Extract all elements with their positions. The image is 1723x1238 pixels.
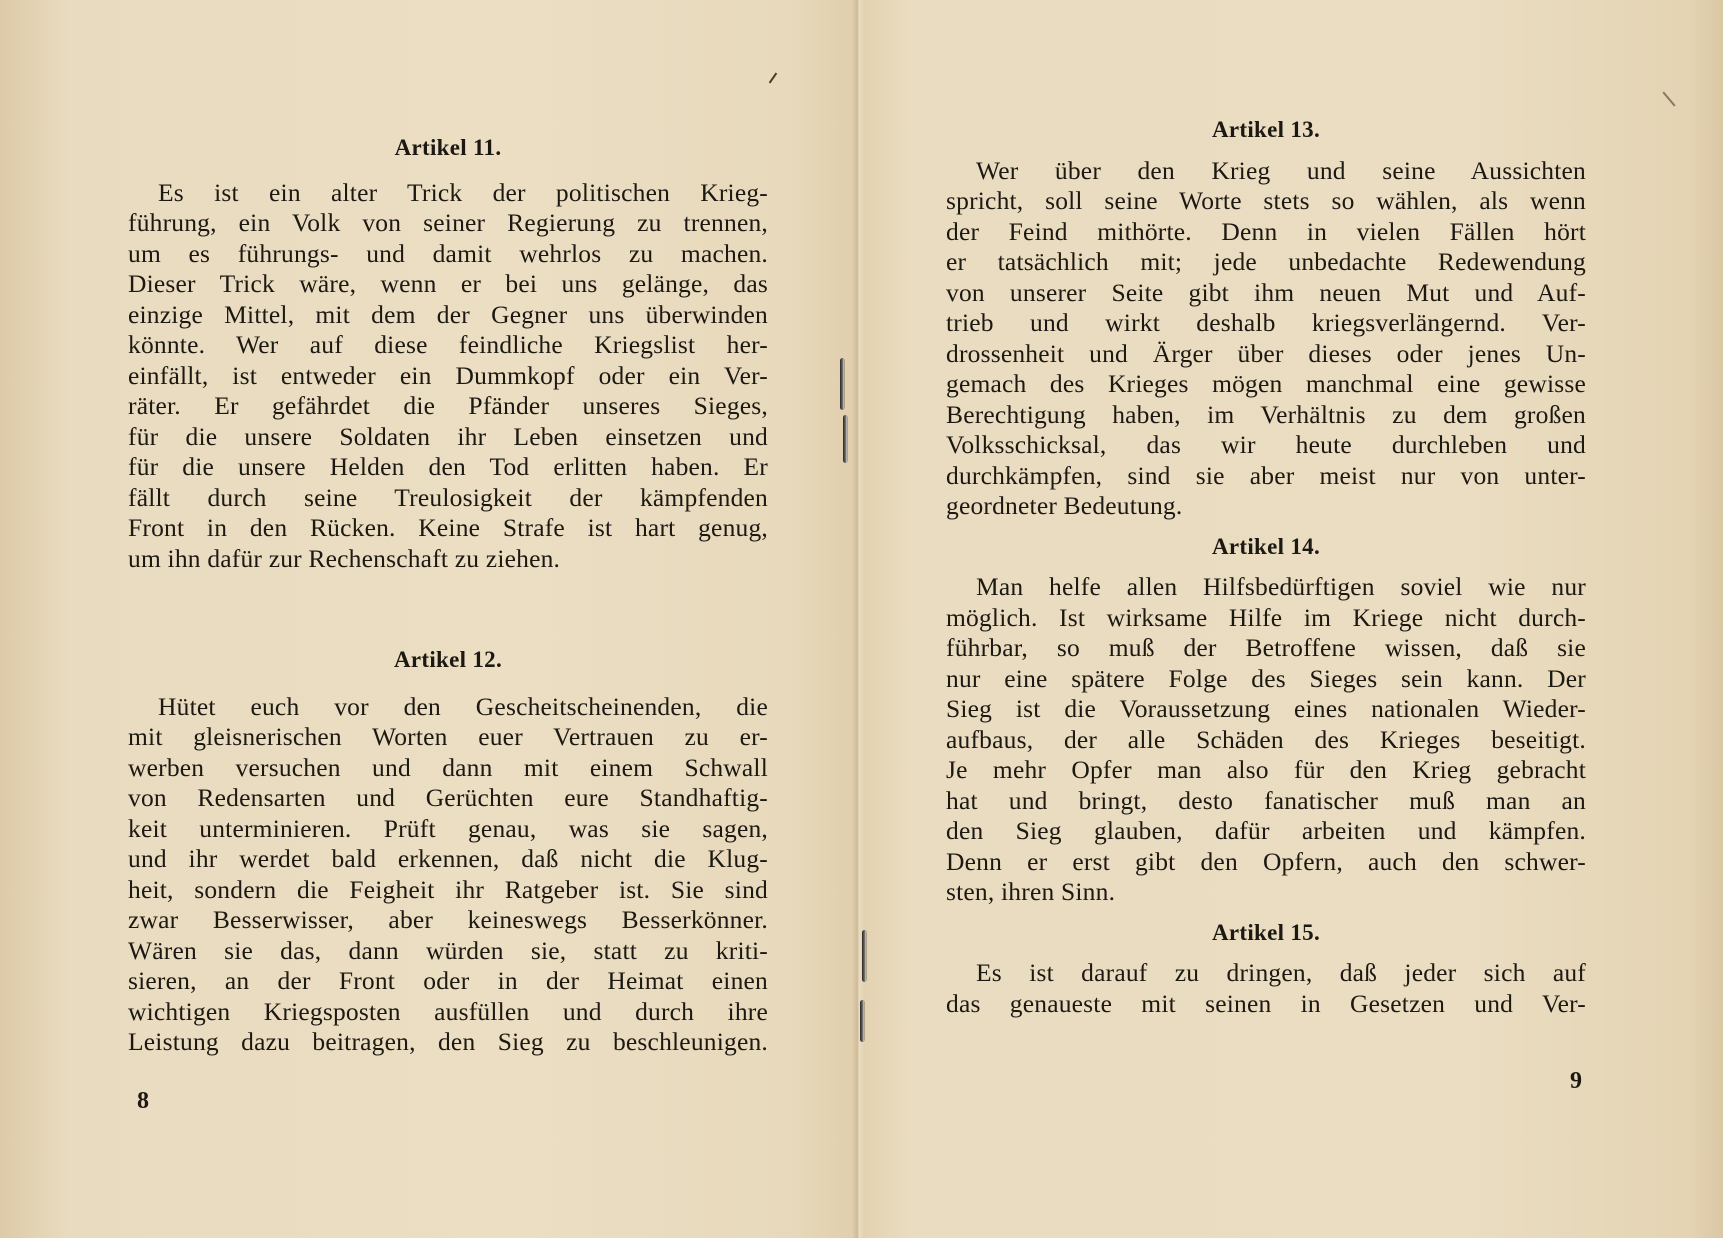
text-line: trieb und wirkt deshalb kriegsverlängern… [946,308,1586,339]
text-line: heit, sondern die Feigheit ihr Ratgeber … [128,875,768,906]
text-line: gemach des Krieges mögen manchmal eine g… [946,369,1586,400]
left-page: Artikel 11. Es ist ein alter Trick der p… [0,0,858,1238]
article-heading: Artikel 12. [128,645,768,676]
text-line: er tatsächlich mit; jede unbedachte Rede… [946,247,1586,278]
text-line: der Feind mithörte. Denn in vielen Fälle… [946,217,1586,248]
text-line: Je mehr Opfer man also für den Krieg geb… [946,755,1586,786]
text-line: und ihr werdet bald erkennen, daß nicht … [128,844,768,875]
paper-mark [769,73,778,84]
staple-top-upper [840,358,845,410]
text-line: sten, ihren Sinn. [946,877,1586,908]
text-line: führung, ein Volk von seiner Regierung z… [128,208,768,239]
page-number: 8 [137,1088,149,1115]
text-line: geordneter Bedeutung. [946,491,1586,522]
article-12: Artikel 12. Hütet euch vor den Gescheits… [128,645,768,1058]
book-spread: Artikel 11. Es ist ein alter Trick der p… [0,0,1723,1238]
text-line: aufbaus, der alle Schäden des Krieges be… [946,725,1586,756]
article-heading: Artikel 13. [946,115,1586,146]
text-line: drossenheit und Ärger über dieses oder j… [946,339,1586,370]
text-line: das genaueste mit seinen in Gesetzen und… [946,989,1586,1020]
text-line: spricht, soll seine Worte stets so wähle… [946,186,1586,217]
text-line: werben versuchen und dann mit einem Schw… [128,753,768,784]
article-heading: Artikel 14. [946,532,1586,563]
staple-top-lower [843,415,848,463]
text-line: den Sieg glauben, dafür arbeiten und käm… [946,816,1586,847]
article-heading: Artikel 11. [128,133,768,164]
text-line: einzige Mittel, mit dem der Gegner uns ü… [128,300,768,331]
text-line: Wären sie das, dann würden sie, statt zu… [128,936,768,967]
text-line: Es ist darauf zu dringen, daß jeder sich… [946,958,1586,989]
text-line: fällt durch seine Treulosigkeit der kämp… [128,483,768,514]
text-line: Berechtigung haben, im Verhältnis zu dem… [946,400,1586,431]
text-line: von unserer Seite gibt ihm neuen Mut und… [946,278,1586,309]
text-line: keit unterminieren. Prüft genau, was sie… [128,814,768,845]
text-line: Es ist ein alter Trick der politischen K… [128,178,768,209]
article-heading: Artikel 15. [946,918,1586,949]
article-13: Artikel 13. Wer über den Krieg und seine… [946,115,1586,1019]
staple-bottom-lower [860,1000,865,1042]
text-line: für die unsere Soldaten ihr Leben einset… [128,422,768,453]
text-line: für die unsere Helden den Tod erlitten h… [128,452,768,483]
text-line: Denn er erst gibt den Opfern, auch den s… [946,847,1586,878]
staple-bottom-upper [862,930,867,982]
text-line: Leistung dazu beitragen, den Sieg zu bes… [128,1027,768,1058]
text-line: Man helfe allen Hilfsbedürftigen soviel … [946,572,1586,603]
text-line: hat und bringt, desto fanatischer muß ma… [946,786,1586,817]
paper-mark [1662,91,1675,106]
text-line: um es führungs- und damit wehrlos zu mac… [128,239,768,270]
book-gutter [852,0,864,1238]
text-line: sieren, an der Front oder in der Heimat … [128,966,768,997]
text-line: räter. Er gefährdet die Pfänder unseres … [128,391,768,422]
text-line: nur eine spätere Folge des Sieges sein k… [946,664,1586,695]
text-line: führbar, so muß der Betroffene wissen, d… [946,633,1586,664]
text-line: Volksschicksal, das wir heute durchleben… [946,430,1586,461]
text-line: um ihn dafür zur Rechenschaft zu ziehen. [128,544,768,575]
text-line: einfällt, ist entweder ein Dummkopf oder… [128,361,768,392]
text-line: könnte. Wer auf diese feindliche Kriegsl… [128,330,768,361]
text-line: Hütet euch vor den Gescheitscheinenden, … [128,692,768,723]
text-line: Sieg ist die Voraussetzung eines nationa… [946,694,1586,725]
text-line: von Redensarten und Gerüchten eure Stand… [128,783,768,814]
text-line: Dieser Trick wäre, wenn er bei uns gelän… [128,269,768,300]
article-11: Artikel 11. Es ist ein alter Trick der p… [128,133,768,574]
text-line: zwar Besserwisser, aber keineswegs Besse… [128,905,768,936]
text-line: wichtigen Kriegsposten ausfüllen und dur… [128,997,768,1028]
text-line: Front in den Rücken. Keine Strafe ist ha… [128,513,768,544]
text-line: durchkämpfen, sind sie aber meist nur vo… [946,461,1586,492]
page-number: 9 [1570,1068,1582,1095]
text-line: Wer über den Krieg und seine Aussichten [946,156,1586,187]
text-line: möglich. Ist wirksame Hilfe im Kriege ni… [946,603,1586,634]
right-page: Artikel 13. Wer über den Krieg und seine… [858,0,1723,1238]
text-line: mit gleisnerischen Worten euer Vertrauen… [128,722,768,753]
